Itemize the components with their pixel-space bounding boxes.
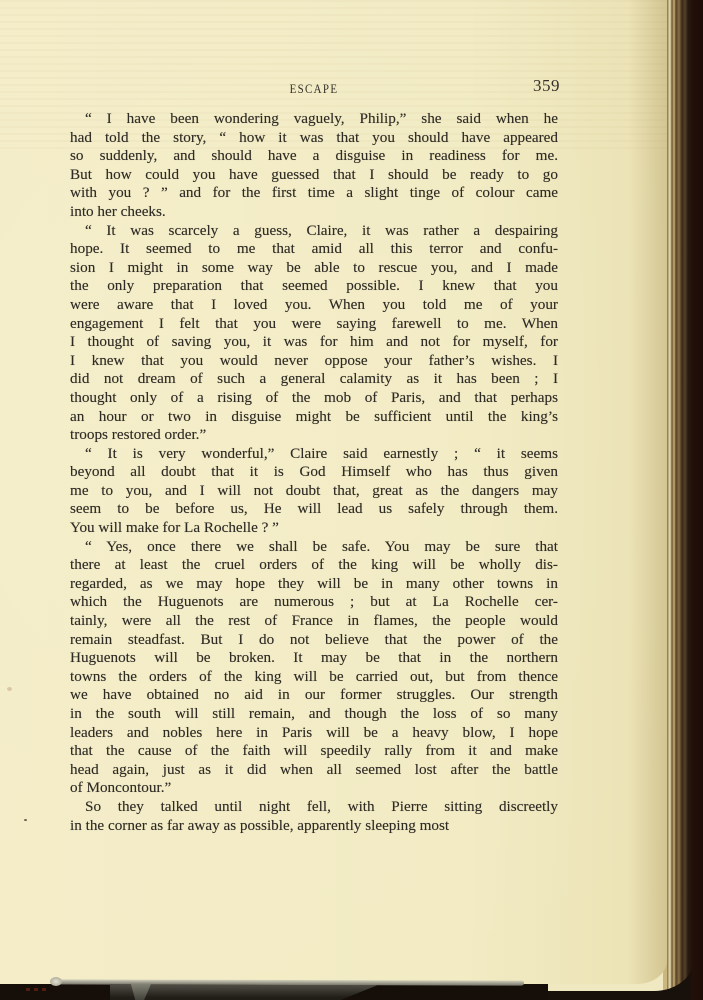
text-line: in the corner as far away as possible, a…: [70, 817, 558, 836]
table-surface-marks: [26, 988, 50, 991]
text-line: which the Huguenots are numerous ; but a…: [70, 593, 558, 612]
text-line: Huguenots will be broken. It may be that…: [70, 649, 558, 668]
text-line: seem to be before us, He will lead us sa…: [70, 500, 558, 519]
text-line: You will make for La Rochelle ? ”: [70, 519, 558, 538]
text-line: were aware that I loved you. When you to…: [70, 296, 558, 315]
text-line: So they talked until night fell, with Pi…: [70, 798, 558, 817]
table-reflection-streak: [110, 985, 378, 1000]
text-line: But how could you have guessed that I sh…: [70, 166, 558, 185]
text-line: remain steadfast. But I do not believe t…: [70, 631, 558, 650]
text-line: with you ? ” and for the first time a sl…: [70, 184, 558, 203]
text-line: leaders and nobles here in Paris will be…: [70, 724, 558, 743]
text-line: I knew that you would never oppose your …: [70, 352, 558, 371]
text-line: an hour or two in disguise might be suff…: [70, 408, 558, 427]
text-line: there at least the cruel orders of the k…: [70, 556, 558, 575]
page-number: 359: [533, 76, 560, 96]
text-line: me to you, and I will not doubt that, gr…: [70, 482, 558, 501]
text-block: “ I have been wondering vaguely, Philip,…: [70, 110, 558, 835]
text-line: towns the orders of the king will be car…: [70, 668, 558, 687]
text-line: into her cheeks.: [70, 203, 558, 222]
text-line: in the south will still remain, and thou…: [70, 705, 558, 724]
text-line: did not dream of such a general calamity…: [70, 370, 558, 389]
text-line: beyond all doubt that it is God Himself …: [70, 463, 558, 482]
scanned-book-photo: ESCAPE 359 “ I have been wondering vague…: [0, 0, 703, 1000]
text-line: troops restored order.”: [70, 426, 558, 445]
text-line: tainly, were all the rest of France in f…: [70, 612, 558, 631]
text-line: hope. It seemed to me that amid all this…: [70, 240, 558, 259]
text-line: we have obtained no aid in our former st…: [70, 686, 558, 705]
text-line: that the cause of the faith will speedil…: [70, 742, 558, 761]
page-bottom-edge-highlight: [50, 977, 62, 986]
text-line: thought only of a rising of the mob of P…: [70, 389, 558, 408]
text-line: had told the story, “ how it was that yo…: [70, 129, 558, 148]
text-line: regarded, as we may hope they will be in…: [70, 575, 558, 594]
text-line: “ It is very wonderful,” Claire said ear…: [70, 445, 558, 464]
book-page: ESCAPE 359 “ I have been wondering vague…: [0, 0, 667, 984]
text-line: I thought of saving you, it was for him …: [70, 333, 558, 352]
running-title: ESCAPE: [109, 81, 519, 97]
scan-speck: [7, 687, 12, 691]
text-line: so suddenly, and should have a disguise …: [70, 147, 558, 166]
text-line: sion I might in some way be able to resc…: [70, 259, 558, 278]
text-line: engagement I felt that you were saying f…: [70, 315, 558, 334]
text-line: of Moncontour.”: [70, 779, 558, 798]
text-line: the only preparation that seemed possibl…: [70, 277, 558, 296]
page-header: ESCAPE 359: [70, 78, 558, 100]
text-line: “ I have been wondering vaguely, Philip,…: [70, 110, 558, 129]
scan-speck: [24, 819, 27, 821]
text-line: head again, just as it did when all seem…: [70, 761, 558, 780]
text-line: “ It was scarcely a guess, Claire, it wa…: [70, 222, 558, 241]
text-line: “ Yes, once there we shall be safe. You …: [70, 538, 558, 557]
